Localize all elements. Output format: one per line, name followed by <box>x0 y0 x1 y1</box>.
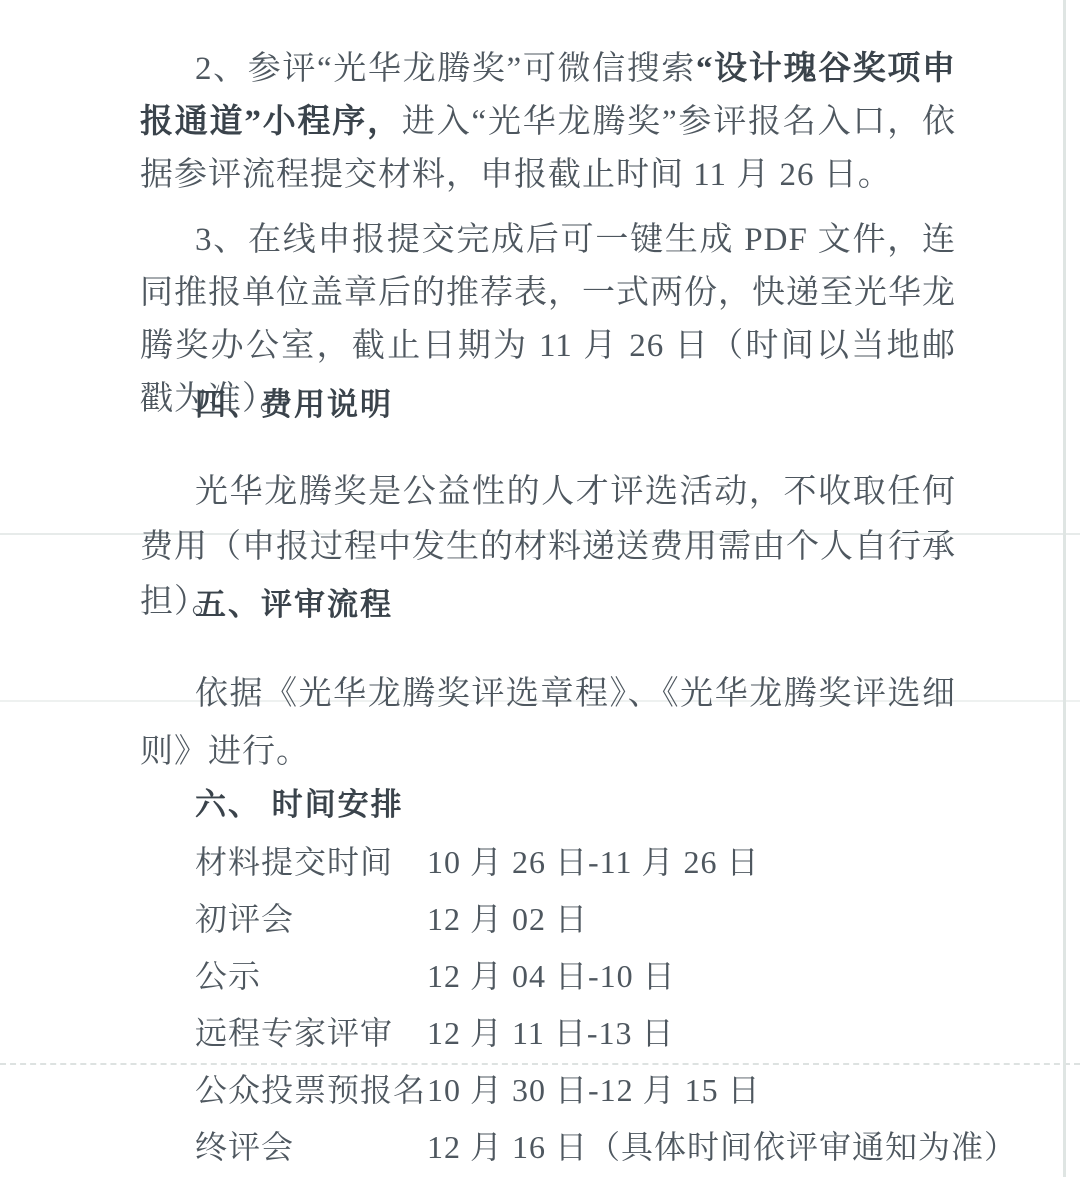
section-heading-fees: 四、费用说明 <box>195 386 393 424</box>
schedule-table: 材料提交时间 10 月 26 日-11 月 26 日 初评会 12 月 02 日… <box>195 834 985 1176</box>
schedule-value: 10 月 30 日-12 月 15 日 <box>427 1062 761 1119</box>
schedule-value: 12 月 11 日-13 日 <box>427 1005 674 1062</box>
paragraph-run-normal: 2、参评“光华龙腾奖”可微信搜索 <box>195 51 696 87</box>
schedule-row-preliminary-review: 初评会 12 月 02 日 <box>195 891 985 948</box>
scan-artifact-vertical-line <box>1063 0 1066 1177</box>
schedule-row-public-announcement: 公示 12 月 04 日-10 日 <box>195 948 985 1005</box>
schedule-label: 材料提交时间 <box>195 834 427 891</box>
section-heading-schedule: 六、 时间安排 <box>195 786 404 824</box>
schedule-label: 远程专家评审 <box>195 1005 427 1062</box>
schedule-label: 公众投票预报名 <box>195 1062 427 1119</box>
schedule-row-material-submission: 材料提交时间 10 月 26 日-11 月 26 日 <box>195 834 985 891</box>
schedule-value: 12 月 16 日（具体时间依评审通知为准） <box>427 1119 1017 1176</box>
schedule-label: 公示 <box>195 948 427 1005</box>
paragraph-review-process-body: 依据《光华龙腾奖评选章程》、《光华龙腾奖评选细则》进行。 <box>140 665 956 781</box>
schedule-value: 12 月 04 日-10 日 <box>427 948 676 1005</box>
scanned-document-page: 2、参评“光华龙腾奖”可微信搜索“设计瑰谷奖项申报通道”小程序，进入“光华龙腾奖… <box>0 0 1080 1177</box>
schedule-row-public-voting-preregistration: 公众投票预报名 10 月 30 日-12 月 15 日 <box>195 1062 985 1119</box>
schedule-row-remote-expert-review: 远程专家评审 12 月 11 日-13 日 <box>195 1005 985 1062</box>
schedule-label: 终评会 <box>195 1119 427 1176</box>
section-heading-review-process: 五、评审流程 <box>195 586 393 624</box>
schedule-label: 初评会 <box>195 891 427 948</box>
schedule-row-final-review: 终评会 12 月 16 日（具体时间依评审通知为准） <box>195 1119 985 1176</box>
paragraph-application-channel: 2、参评“光华龙腾奖”可微信搜索“设计瑰谷奖项申报通道”小程序，进入“光华龙腾奖… <box>140 43 956 202</box>
schedule-value: 12 月 02 日 <box>427 891 588 948</box>
schedule-value: 10 月 26 日-11 月 26 日 <box>427 834 759 891</box>
